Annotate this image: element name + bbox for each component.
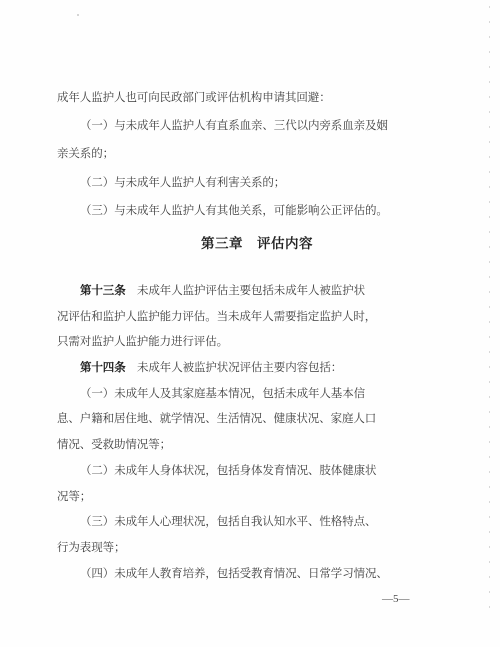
article-number: 第十四条: [80, 362, 126, 374]
article-number: 第十三条: [80, 285, 126, 297]
text-line: 第十四条 未成年人被监护状况评估主要内容包括：: [57, 356, 457, 382]
text-line: （三）未成年人心理状况，包括自我认知水平、性格特点、: [57, 510, 457, 536]
text-line: 成年人监护人也可向民政部门或评估机构申请其回避：: [57, 84, 457, 112]
text-line: （一）与未成年人监护人有直系血亲、三代以内旁系血亲及姻: [57, 112, 457, 140]
text-line: （二）与未成年人监护人有利害关系的；: [57, 169, 457, 197]
text-line: 只需对监护人监护能力进行评估。: [57, 330, 457, 356]
text-line: 第十三条 未成年人监护评估主要包括未成年人被监护状: [57, 279, 457, 305]
text-line: （一）未成年人及其家庭基本情况，包括未成年人基本信: [57, 382, 457, 408]
intro-paragraph: 成年人监护人也可向民政部门或评估机构申请其回避：（一）与未成年人监护人有直系血亲…: [57, 84, 457, 225]
text-line: 况等；: [57, 485, 457, 511]
document-page: 成年人监护人也可向民政部门或评估机构申请其回避：（一）与未成年人监护人有直系血亲…: [0, 0, 500, 647]
scan-speck-artifact: [77, 14, 79, 16]
text-line: （三）与未成年人监护人有其他关系，可能影响公正评估的。: [57, 197, 457, 225]
body-paragraphs: 第十三条 未成年人监护评估主要包括未成年人被监护状况评估和监护人监护能力评估。当…: [57, 279, 457, 587]
text-line: 亲关系的；: [57, 140, 457, 168]
text-line: （二）未成年人身体状况，包括身体发育情况、肢体健康状: [57, 459, 457, 485]
text-line: 情况、受救助情况等；: [57, 433, 457, 459]
chapter-heading: 第三章 评估内容: [57, 232, 457, 252]
text-line: （四）未成年人教育培养，包括受教育情况、日常学习情况、: [57, 562, 457, 588]
scan-edge-artifact: [489, 6, 490, 620]
text-line: 息、户籍和居住地、就学情况、生活情况、健康状况、家庭人口: [57, 407, 457, 433]
text-line: 行为表现等；: [57, 536, 457, 562]
text-line: 况评估和监护人监护能力评估。当未成年人需要指定监护人时，: [57, 305, 457, 331]
page-number: —5—: [382, 593, 410, 605]
